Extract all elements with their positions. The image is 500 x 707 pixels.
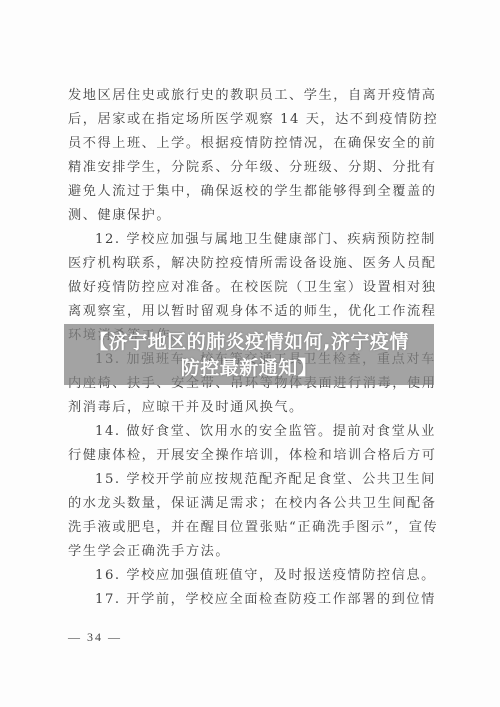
text-line: 洗手液或肥皂，并在醒目位置张贴“正确洗手图示”，宣传指引 [68,516,436,540]
document-page: 发地区居住史或旅行史的教职员工、学生，自离开疫情高发地区 后，居家或在指定场所医… [0,0,500,707]
text-line: 医疗机构联系，解决防控疫情所需设备设施、医务人员配备问题， [68,252,436,276]
text-line: 发地区居住史或旅行史的教职员工、学生，自离开疫情高发地区 [68,84,436,108]
banner-title-line-2: 防控最新通知】 [181,355,318,381]
text-line: 避免人流过于集中，确保返校的学生都能够得到全覆盖的健康监 [68,180,436,204]
text-line: 的水龙头数量，保证满足需求；在校内各公共卫生间配备充足的 [68,492,436,516]
text-line: 测、健康保护。 [68,204,436,228]
text-line: 员不得上班、上学。根据疫情防控情况，在确保安全的前提下， [68,132,436,156]
text-line-item-12: 12. 学校应加强与属地卫生健康部门、疾病预防控制机构、 [68,228,436,252]
text-line: 精准安排学生，分院系、分年级、分班级、分期、分批有序返校， [68,156,436,180]
text-line: 做好疫情防控应对准备。在校医院（卫生室）设置相对独立的隔 [68,276,436,300]
page-number: — 34 — [68,630,122,645]
text-line-item-17: 17. 开学前，学校应全面检查防疫工作部署的到位情况，再 [68,588,436,612]
text-line-item-15: 15. 学校开学前应按规范配齐配足食堂、公共卫生间等区域 [68,468,436,492]
text-line: 行健康体检，开展安全操作培训，体检和培训合格后方可上岗。 [68,444,436,468]
text-line: 学生学会正确洗手方法。 [68,540,436,564]
text-line: 后，居家或在指定场所医学观察 14 天，达不到疫情防控要求的人 [68,108,436,132]
text-line: 离观察室，用以暂时留观身体不适的师生，优化工作流程，做好 [68,300,436,324]
banner-title-line-1: 【济宁地区的肺炎疫情如何,济宁疫情 [89,329,409,355]
text-line-item-16: 16. 学校应加强值班值守，及时报送疫情防控信息。 [68,564,436,588]
text-line-item-14: 14. 做好食堂、饮用水的安全监管。提前对食堂从业人员进 [68,420,436,444]
text-line: 剂消毒后，应晾干并及时通风换气。 [68,396,436,420]
title-banner-overlay: 【济宁地区的肺炎疫情如何,济宁疫情 防控最新通知】 [64,324,434,385]
